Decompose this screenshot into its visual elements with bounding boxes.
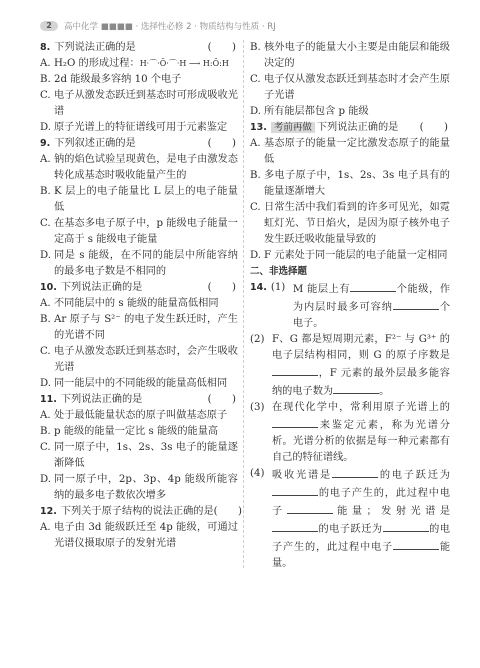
answer-parentheses: ( ): [208, 40, 236, 56]
option-letter: D.: [40, 120, 54, 136]
option-c: C. 电子从激发态跃迁到基态时可形成吸收光谱: [40, 88, 238, 120]
option-text: 核外电子的能量大小主要是由能层和能级决定的: [264, 40, 450, 72]
right-column: B. 核外电子的能量大小主要是由能层和能级决定的 C. 电子仅从激发态跃迁到基态…: [250, 40, 450, 572]
option-letter: C.: [250, 72, 264, 104]
option-text: F 元素处于同一能层的电子能量一定相同: [264, 248, 450, 264]
option-text: 2d 能级最多容纳 10 个电子: [54, 72, 238, 88]
option-text: 原子光谱上的特征谱线可用于元素鉴定: [54, 120, 238, 136]
column-divider: [243, 40, 244, 568]
option-text: 钠的焰色试验呈现黄色，是电子由激发态转化成基态时吸收能量产生的: [54, 152, 238, 184]
option-text: H₂O 的形成过程：: [54, 58, 140, 69]
page-number-badge: 2: [40, 21, 58, 31]
answer-blank[interactable]: [350, 280, 396, 292]
left-column: 8.下列说法正确的是 ( ) A. H₂O 的形成过程：H·⌒·Ö·⌒·H ⟶ …: [40, 40, 238, 552]
option-d: D. 原子光谱上的特征谱线可用于元素鉴定: [40, 120, 238, 136]
question-stem: 11.下列说法正确的是 ( ): [40, 392, 238, 408]
option-letter: B.: [40, 312, 54, 344]
option-c: C. 同一原子中，1s、2s、3s 电子的能量逐渐降低: [40, 440, 238, 472]
option-c: C. 在基态多电子原子中，p 能级电子能量一定高于 s 能级电子能量: [40, 216, 238, 248]
option-text: 在基态多电子原子中，p 能级电子能量一定高于 s 能级电子能量: [54, 216, 238, 248]
option-letter: D.: [250, 248, 264, 264]
sub-question-text: 。: [379, 386, 389, 397]
option-c: C. 电子从激发态跃迁到基态时，会产生吸收光谱: [40, 344, 238, 376]
option-text: p 能级的能量一定比 s 能级的能量高: [54, 424, 238, 440]
option-text: 同是 s 能级，在不同的能层中所能容纳的最多电子数是不相同的: [54, 248, 238, 280]
option-a: A. 不同能层中的 s 能级的能量高低相同: [40, 296, 238, 312]
answer-blank[interactable]: [332, 466, 378, 478]
option-text: 电子从激发态跃迁到基态时可形成吸收光谱: [54, 88, 238, 120]
option-b: B. 核外电子的能量大小主要是由能层和能级决定的: [250, 40, 450, 72]
option-b: B. Ar 原子与 S²⁻ 的电子发生跃迁时，产生的光谱不同: [40, 312, 238, 344]
option-c: C. 电子仅从激发态跃迁到基态时才会产生原子光谱: [250, 72, 450, 104]
answer-blank[interactable]: [383, 520, 429, 532]
question-text: 下列说法正确的是: [61, 282, 143, 293]
electron-dot-formula: H·⌒·Ö·⌒·H ⟶ H:Ö:H: [140, 59, 229, 68]
option-text: K 层上的电子能量比 L 层上的电子能量低: [54, 184, 238, 216]
question-14: 14. (1) M 能层上有个能级，作为内层时最多可容纳个电子。 (2) F、G…: [250, 280, 450, 572]
option-letter: B.: [250, 168, 264, 200]
question-number: 11.: [40, 394, 57, 405]
option-letter: D.: [40, 376, 54, 392]
sub-question-number: (2): [250, 332, 272, 400]
sub-question-text: 在现代化学中，常利用原子光谱上的: [272, 402, 450, 413]
question-9: 9.下列叙述正确的是 ( ) A. 钠的焰色试验呈现黄色，是电子由激发态转化成基…: [40, 136, 238, 280]
option-letter: D.: [40, 472, 54, 504]
option-text: 电子从激发态跃迁到基态时，会产生吸收光谱: [54, 344, 238, 376]
option-text: 所有能层都包含 p 能级: [264, 104, 450, 120]
option-c: C. 日常生活中我们看到的许多可见光，如霓虹灯光、节日焰火，是因为原子核外电子发…: [250, 200, 450, 248]
answer-blank[interactable]: [272, 520, 318, 532]
option-text: 同一原子中，1s、2s、3s 电子的能量逐渐降低: [54, 440, 238, 472]
option-letter: B.: [40, 424, 54, 440]
option-letter: C.: [40, 344, 54, 376]
sub-question-text: F、G 都是短周期元素，F²⁻ 与 G³⁺ 的电子层结构相同，则 G 的原子序数…: [272, 334, 450, 361]
option-text: 不同能层中的 s 能级的能量高低相同: [54, 296, 238, 312]
question-10: 10.下列说法正确的是 ( ) A. 不同能层中的 s 能级的能量高低相同 B.…: [40, 280, 238, 392]
question-stem: 9.下列叙述正确的是 ( ): [40, 136, 238, 152]
answer-blank[interactable]: [272, 484, 318, 496]
question-number: 12.: [40, 506, 57, 517]
option-letter: B.: [40, 184, 54, 216]
sub-question-3: (3) 在现代化学中，常利用原子光谱上的来鉴定元素，称为光谱分析。光谱分析的依据…: [250, 400, 450, 466]
option-letter: B.: [250, 40, 264, 72]
answer-blank[interactable]: [287, 502, 333, 514]
question-stem: 12.下列关于原子结构的说法正确的是 ( ): [40, 504, 238, 520]
question-stem: 10.下列说法正确的是 ( ): [40, 280, 238, 296]
question-stem: 8.下列说法正确的是 ( ): [40, 40, 238, 56]
page-header: 2 高中化学 ■■■■ · 选择性必修 2 · 物质结构与性质 · RJ: [40, 19, 276, 33]
option-letter: D.: [250, 104, 264, 120]
question-text: 下列叙述正确的是: [54, 138, 136, 149]
option-text: 电子仅从激发态跃迁到基态时才会产生原子光谱: [264, 72, 450, 104]
sub-question-number: (3): [250, 400, 272, 466]
sub-question-number: (4): [250, 466, 272, 572]
section-heading: 二、非选择题: [250, 264, 450, 280]
option-letter: C.: [40, 216, 54, 248]
option-letter: A.: [40, 408, 54, 424]
option-text: 基态原子的能量一定比激发态原子的能量低: [264, 136, 450, 168]
option-a: A. 基态原子的能量一定比激发态原子的能量低: [250, 136, 450, 168]
question-stem: 13.考前再做下列说法正确的是 ( ): [250, 120, 450, 136]
answer-blank[interactable]: [272, 416, 318, 428]
option-text: Ar 原子与 S²⁻ 的电子发生跃迁时，产生的光谱不同: [54, 312, 238, 344]
question-text: 下列说法正确的是: [317, 122, 399, 133]
answer-blank[interactable]: [393, 298, 439, 310]
question-number: 8.: [40, 42, 50, 53]
question-text: 下列关于原子结构的说法正确的是: [61, 506, 214, 517]
sub-question-text: 的电子跃迁为: [318, 524, 383, 535]
sub-question-4: (4) 吸收光谱是的电子跃迁为的电子产生的，此过程中电子能量；发射光谱是的电子跃…: [250, 466, 450, 572]
sub-question-text: 的电子跃迁为: [378, 470, 450, 481]
sub-question-text: M 能层上有: [293, 284, 350, 295]
question-number: 10.: [40, 282, 57, 293]
option-text: 同一原子中，2p、3p、4p 能级所能容纳的最多电子数依次增多: [54, 472, 238, 504]
question-number: 9.: [40, 138, 50, 149]
question-13: 13.考前再做下列说法正确的是 ( ) A. 基态原子的能量一定比激发态原子的能…: [250, 120, 450, 264]
option-a: A. 钠的焰色试验呈现黄色，是电子由激发态转化成基态时吸收能量产生的: [40, 152, 238, 184]
question-8: 8.下列说法正确的是 ( ) A. H₂O 的形成过程：H·⌒·Ö·⌒·H ⟶ …: [40, 40, 238, 136]
option-b: B. K 层上的电子能量比 L 层上的电子能量低: [40, 184, 238, 216]
answer-parentheses: ( ): [208, 136, 236, 152]
option-d: D. 所有能层都包含 p 能级: [250, 104, 450, 120]
option-b: B. 多电子原子中，1s、2s、3s 电子具有的能量逐渐增大: [250, 168, 450, 200]
option-text: 电子由 3d 能级跃迁至 4p 能级，可通过光谱仪摄取原子的发射光谱: [54, 520, 238, 552]
question-number: 14.: [250, 280, 267, 332]
option-letter: D.: [40, 248, 54, 280]
option-letter: A.: [40, 520, 54, 552]
sub-question-2: (2) F、G 都是短周期元素，F²⁻ 与 G³⁺ 的电子层结构相同，则 G 的…: [250, 332, 450, 400]
option-letter: A.: [250, 136, 264, 168]
answer-parentheses: ( ): [420, 120, 448, 136]
option-d: D. 同一原子中，2p、3p、4p 能级所能容纳的最多电子数依次增多: [40, 472, 238, 504]
answer-blank[interactable]: [333, 382, 379, 394]
answer-blank[interactable]: [393, 538, 439, 550]
option-d: D. 同一能层中的不同能级的能量高低相同: [40, 376, 238, 392]
option-a: A. 电子由 3d 能级跃迁至 4p 能级，可通过光谱仪摄取原子的发射光谱: [40, 520, 238, 552]
option-d: D. F 元素处于同一能层的电子能量一定相同: [250, 248, 450, 264]
question-12-continued: B. 核外电子的能量大小主要是由能层和能级决定的 C. 电子仅从激发态跃迁到基态…: [250, 40, 450, 120]
sub-question-text: 吸收光谱是: [272, 470, 332, 481]
review-tag: 考前再做: [271, 122, 315, 133]
question-11: 11.下列说法正确的是 ( ) A. 处于最低能量状态的原子叫做基态原子 B. …: [40, 392, 238, 504]
option-text: 多电子原子中，1s、2s、3s 电子具有的能量逐渐增大: [264, 168, 450, 200]
answer-parentheses: ( ): [214, 504, 242, 520]
answer-blank[interactable]: [272, 364, 318, 376]
option-text: 同一能层中的不同能级的能量高低相同: [54, 376, 238, 392]
option-text: 处于最低能量状态的原子叫做基态原子: [54, 408, 238, 424]
option-letter: C.: [250, 200, 264, 248]
option-letter: C.: [40, 440, 54, 472]
answer-parentheses: ( ): [208, 392, 236, 408]
header-text: 高中化学 ■■■■ · 选择性必修 2 · 物质结构与性质 · RJ: [64, 20, 276, 32]
sub-question-number: (1): [271, 280, 293, 332]
option-letter: A.: [40, 56, 54, 72]
question-number: 13.: [250, 122, 267, 133]
option-b: B. p 能级的能量一定比 s 能级的能量高: [40, 424, 238, 440]
question-text: 下列说法正确的是: [54, 42, 136, 53]
sub-question-text: 能量；发射光谱是: [333, 506, 450, 517]
option-letter: A.: [40, 296, 54, 312]
option-letter: A.: [40, 152, 54, 184]
option-letter: B.: [40, 72, 54, 88]
option-a: A. 处于最低能量状态的原子叫做基态原子: [40, 408, 238, 424]
option-text: 日常生活中我们看到的许多可见光，如霓虹灯光、节日焰火，是因为原子核外电子发生跃迁…: [264, 200, 450, 248]
option-letter: C.: [40, 88, 54, 120]
option-b: B. 2d 能级最多容纳 10 个电子: [40, 72, 238, 88]
option-a: A. H₂O 的形成过程：H·⌒·Ö·⌒·H ⟶ H:Ö:H: [40, 56, 238, 72]
sub-question-1: 14. (1) M 能层上有个能级，作为内层时最多可容纳个电子。: [250, 280, 450, 332]
answer-parentheses: ( ): [208, 280, 236, 296]
question-text: 下列说法正确的是: [61, 394, 143, 405]
question-12: 12.下列关于原子结构的说法正确的是 ( ) A. 电子由 3d 能级跃迁至 4…: [40, 504, 238, 552]
option-d: D. 同是 s 能级，在不同的能层中所能容纳的最多电子数是不相同的: [40, 248, 238, 280]
